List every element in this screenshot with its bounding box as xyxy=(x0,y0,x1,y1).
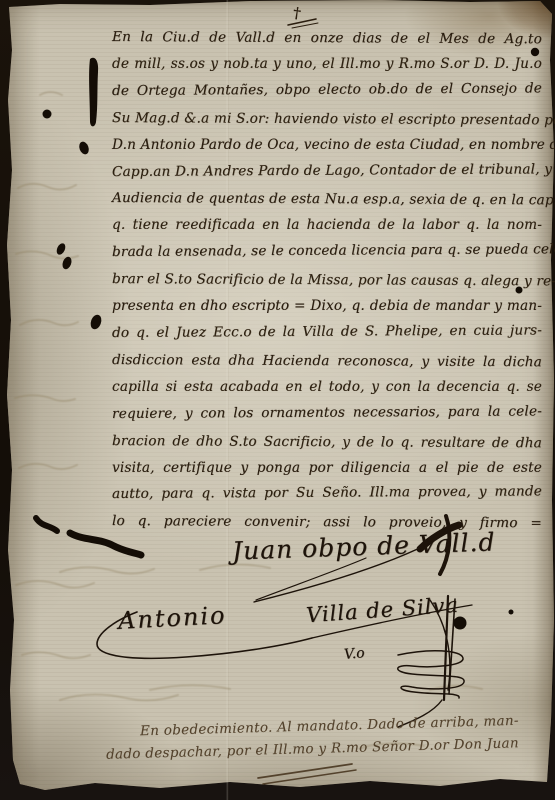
manuscript-scan-page: † En la Ciu.d de Vall.d en onze dias de … xyxy=(0,0,555,800)
ink-blots xyxy=(0,0,555,800)
